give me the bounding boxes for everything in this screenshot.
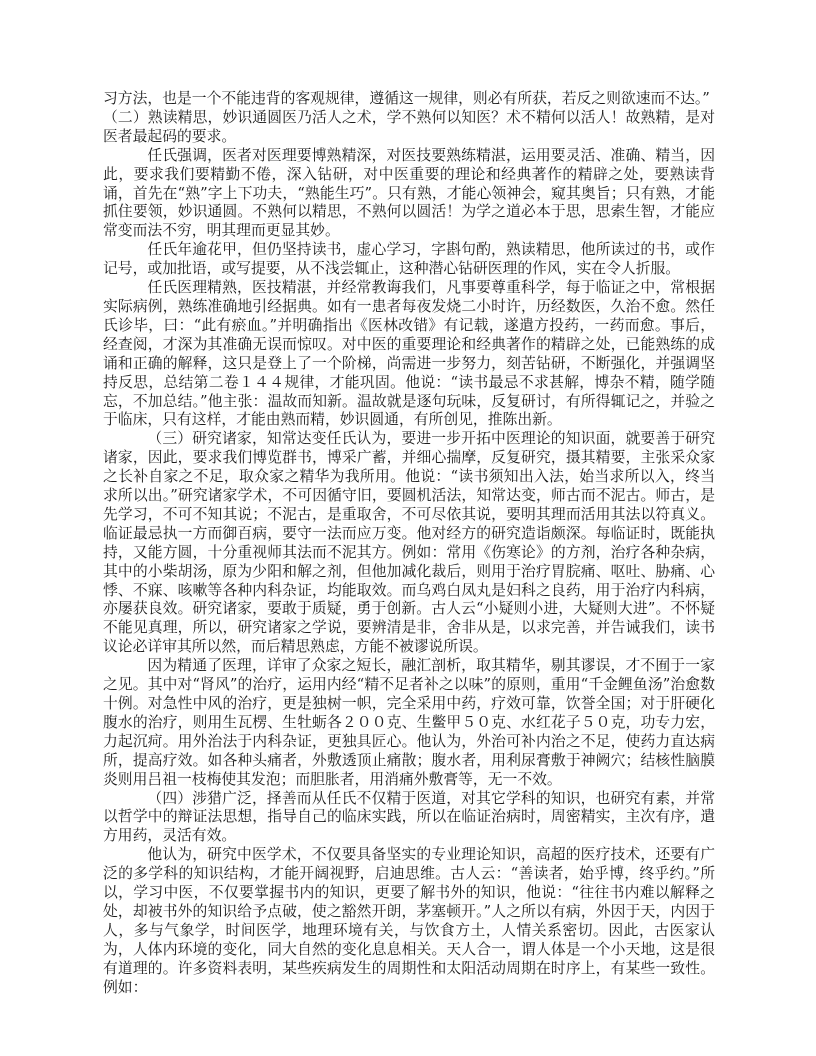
paragraph-section-3: （三）研究诸家，知常达变任氏认为，要进一步开拓中医理论的知识面，就要善于研究诸家… <box>103 430 715 657</box>
paragraph: 因为精通了医理，详审了众家之短长，融汇剖析，取其精华，剔其谬误，才不囿于一家之见… <box>103 657 715 789</box>
paragraph: 任氏强调，医者对医理要博熟精深，对医技要熟练精湛，运用要灵活、准确、精当，因此，… <box>103 147 715 242</box>
paragraph: 任氏医理精熟，医技精湛，并经常教诲我们，凡事要尊重科学，每于临证之中，常根据实际… <box>103 279 715 430</box>
paragraph-section-2: （二）熟读精思，妙识通圆医乃活人之术，学不熟何以知医？术不精何以活人！故熟精，是… <box>103 109 715 147</box>
paragraph: 他认为，研究中医学术，不仅要具备坚实的专业理论知识，高超的医疗技术，还要有广泛的… <box>103 846 715 997</box>
paragraph-section-4: （四）涉猎广泛，择善而从任氏不仅精于医道，对其它学科的知识，也研究有素，并常以哲… <box>103 790 715 847</box>
document-page: 习方法，也是一个不能违背的客观规律，遵循这一规律，则必有所获，若反之则欲速而不达… <box>0 0 816 1056</box>
paragraph: 任氏年逾花甲，但仍坚持读书，虚心学习，字斟句酌，熟读精思，他所读过的书，或作记号… <box>103 241 715 279</box>
paragraph-continuation: 习方法，也是一个不能违背的客观规律，遵循这一规律，则必有所获，若反之则欲速而不达… <box>103 90 715 109</box>
text-block: 习方法，也是一个不能违背的客观规律，遵循这一规律，则必有所获，若反之则欲速而不达… <box>103 90 715 998</box>
